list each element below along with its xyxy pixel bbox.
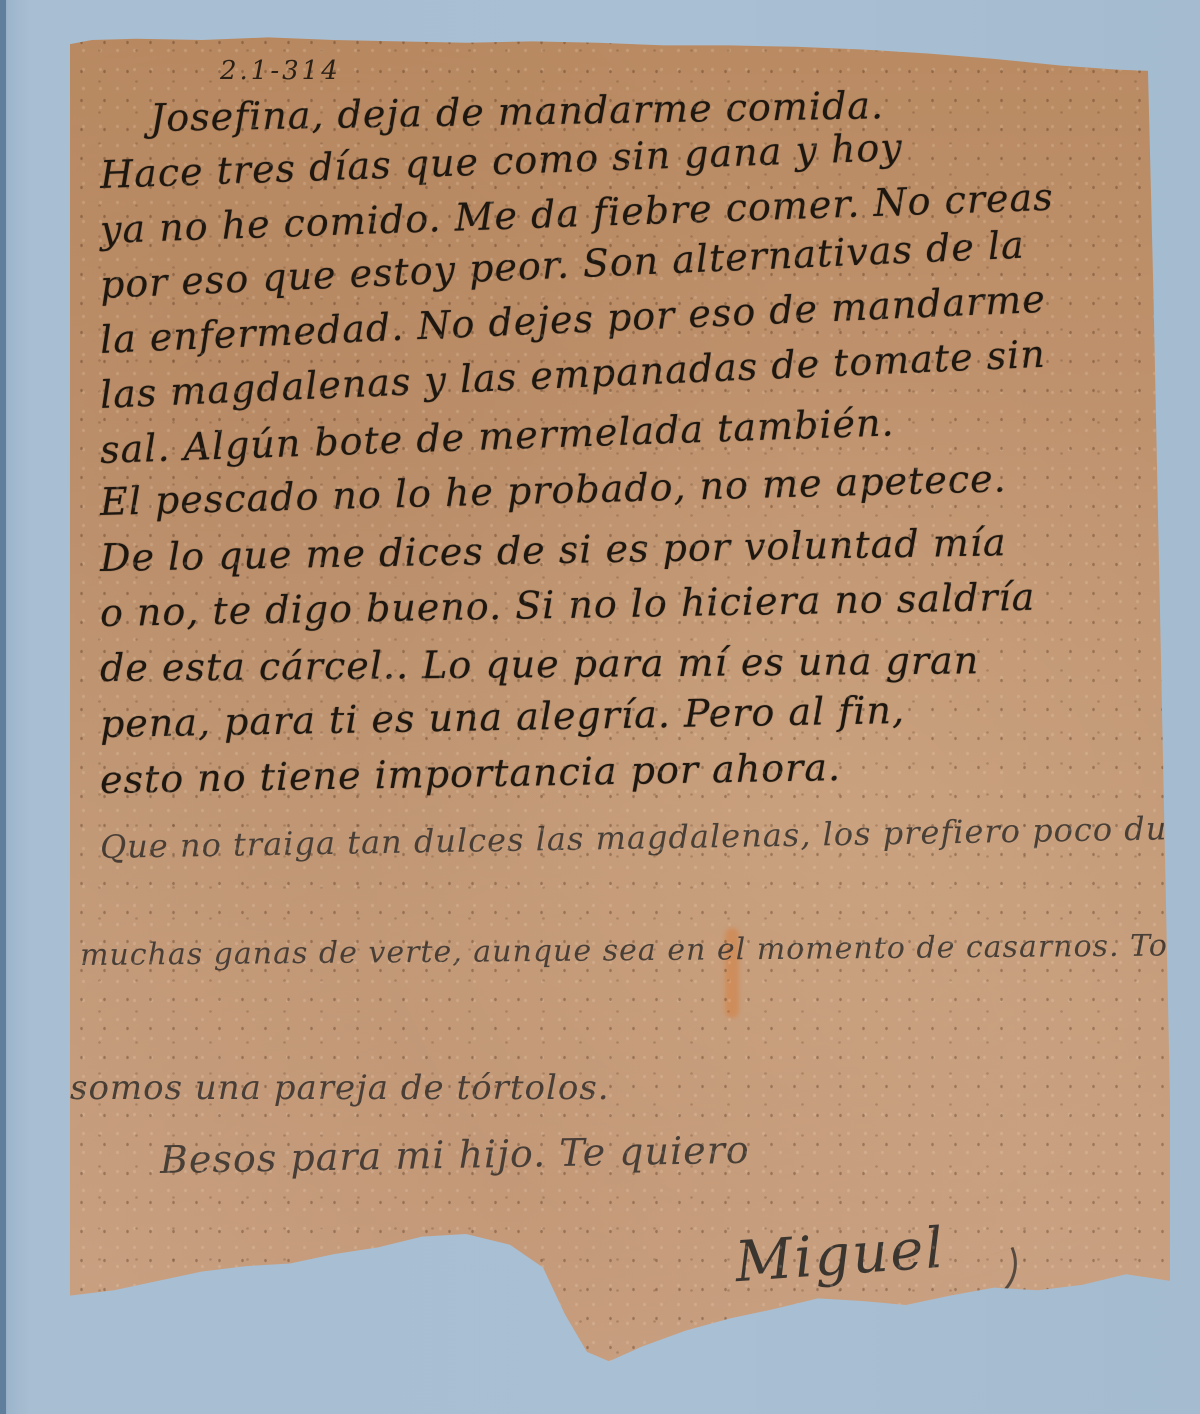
letter-paper: 2.1-314 Josefina, deja de mandarme comid…: [70, 28, 1170, 1368]
letter-line-15: muchas ganas de verte, aunque sea en el …: [80, 925, 1200, 973]
closing-line: Besos para mi hijo. Te quiero: [160, 1128, 750, 1182]
letter-line-14: Que no traiga tan dulces las magdalenas,…: [100, 803, 1200, 866]
letter-body: 2.1-314 Josefina, deja de mandarme comid…: [70, 28, 1170, 1368]
signature-flourish: [945, 1247, 1028, 1312]
letter-line-13: esto no tiene importancia por ahora.: [100, 745, 842, 802]
date-note: 2.1-314: [220, 56, 341, 86]
letter-line-10: o no, te digo bueno. Si no lo hiciera no…: [100, 575, 1036, 635]
letter-line-11: de esta cárcel.. Lo que para mí es una g…: [100, 638, 980, 690]
mat-edge: [0, 0, 6, 1414]
letter-line-12: pena, para ti es una alegría. Pero al fi…: [100, 688, 906, 746]
letter-line-9: De lo que me dices de si es por voluntad…: [100, 520, 1007, 580]
letter-line-16: somos una pareja de tórtolos.: [70, 1068, 610, 1108]
signature: Miguel: [733, 1216, 947, 1296]
